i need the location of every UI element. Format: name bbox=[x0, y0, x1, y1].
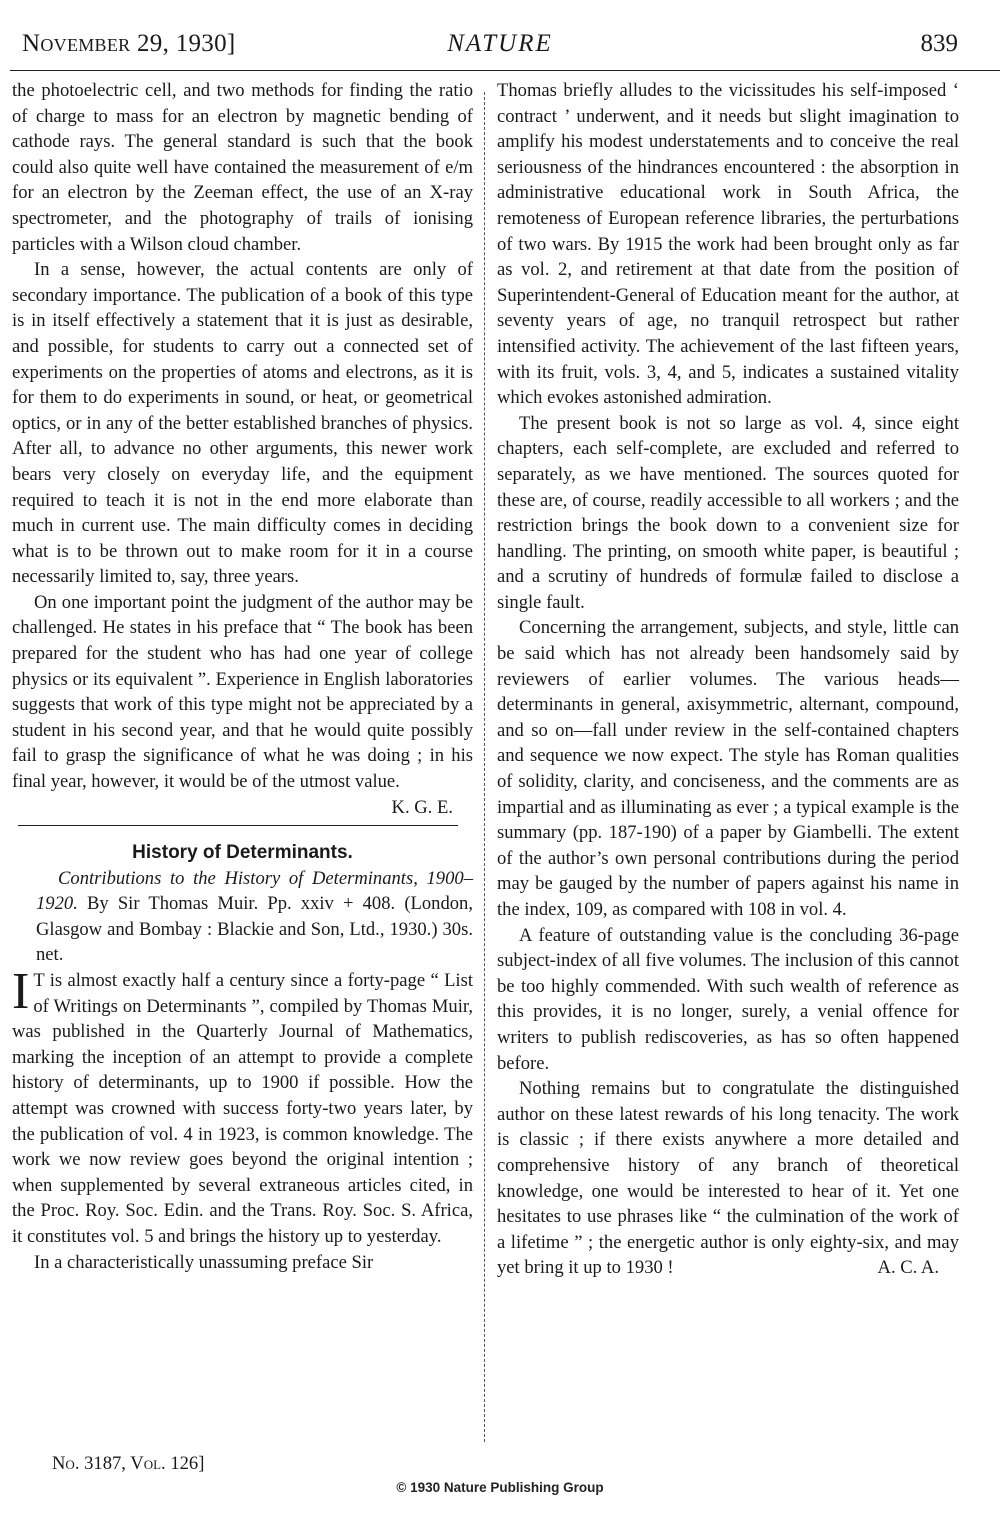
paragraph-text: Nothing remains but to congratulate the … bbox=[497, 1078, 959, 1278]
paragraph: Nothing remains but to congratulate the … bbox=[497, 1076, 959, 1281]
paragraph-text: T is almost exactly half a century since… bbox=[12, 970, 473, 1247]
page-number: 839 bbox=[921, 30, 959, 58]
section-title: History of Determinants. bbox=[12, 840, 473, 866]
book-details: By Sir Thomas Muir. Pp. xxiv + 408. (Lon… bbox=[36, 893, 473, 965]
issue-number: No. 3187, Vol. 126] bbox=[52, 1453, 204, 1475]
paragraph: A feature of outstanding value is the co… bbox=[497, 923, 959, 1077]
bibliographic-entry: Contributions to the History of Determin… bbox=[12, 866, 473, 968]
header-rule bbox=[10, 70, 1000, 71]
reviewer-signature: A. C. A. bbox=[856, 1255, 939, 1281]
copyright-notice: © 1930 Nature Publishing Group bbox=[0, 1480, 1000, 1495]
paragraph: IT is almost exactly half a century sinc… bbox=[12, 968, 473, 1250]
column-divider bbox=[484, 92, 485, 1442]
paragraph: the photoelectric cell, and two methods … bbox=[12, 78, 473, 257]
section-divider bbox=[18, 825, 458, 826]
paragraph: In a sense, however, the actual contents… bbox=[12, 257, 473, 590]
paragraph: Thomas briefly alludes to the vicissitud… bbox=[497, 78, 959, 411]
paragraph: In a characteristically unassuming prefa… bbox=[12, 1250, 473, 1276]
journal-title: NATURE bbox=[0, 30, 1000, 58]
drop-cap: I bbox=[12, 970, 29, 1014]
paragraph: On one important point the judgment of t… bbox=[12, 590, 473, 795]
right-column: Thomas briefly alludes to the vicissitud… bbox=[497, 78, 959, 1281]
paragraph: The present book is not so large as vol.… bbox=[497, 411, 959, 616]
paragraph: Concerning the arrangement, subjects, an… bbox=[497, 615, 959, 922]
page-header: November 29, 1930] NATURE 839 bbox=[0, 0, 1000, 70]
paragraph-text: On one important point the judgment of t… bbox=[12, 592, 473, 792]
left-column: the photoelectric cell, and two methods … bbox=[12, 78, 473, 1275]
reviewer-signature: K. G. E. bbox=[370, 795, 453, 821]
